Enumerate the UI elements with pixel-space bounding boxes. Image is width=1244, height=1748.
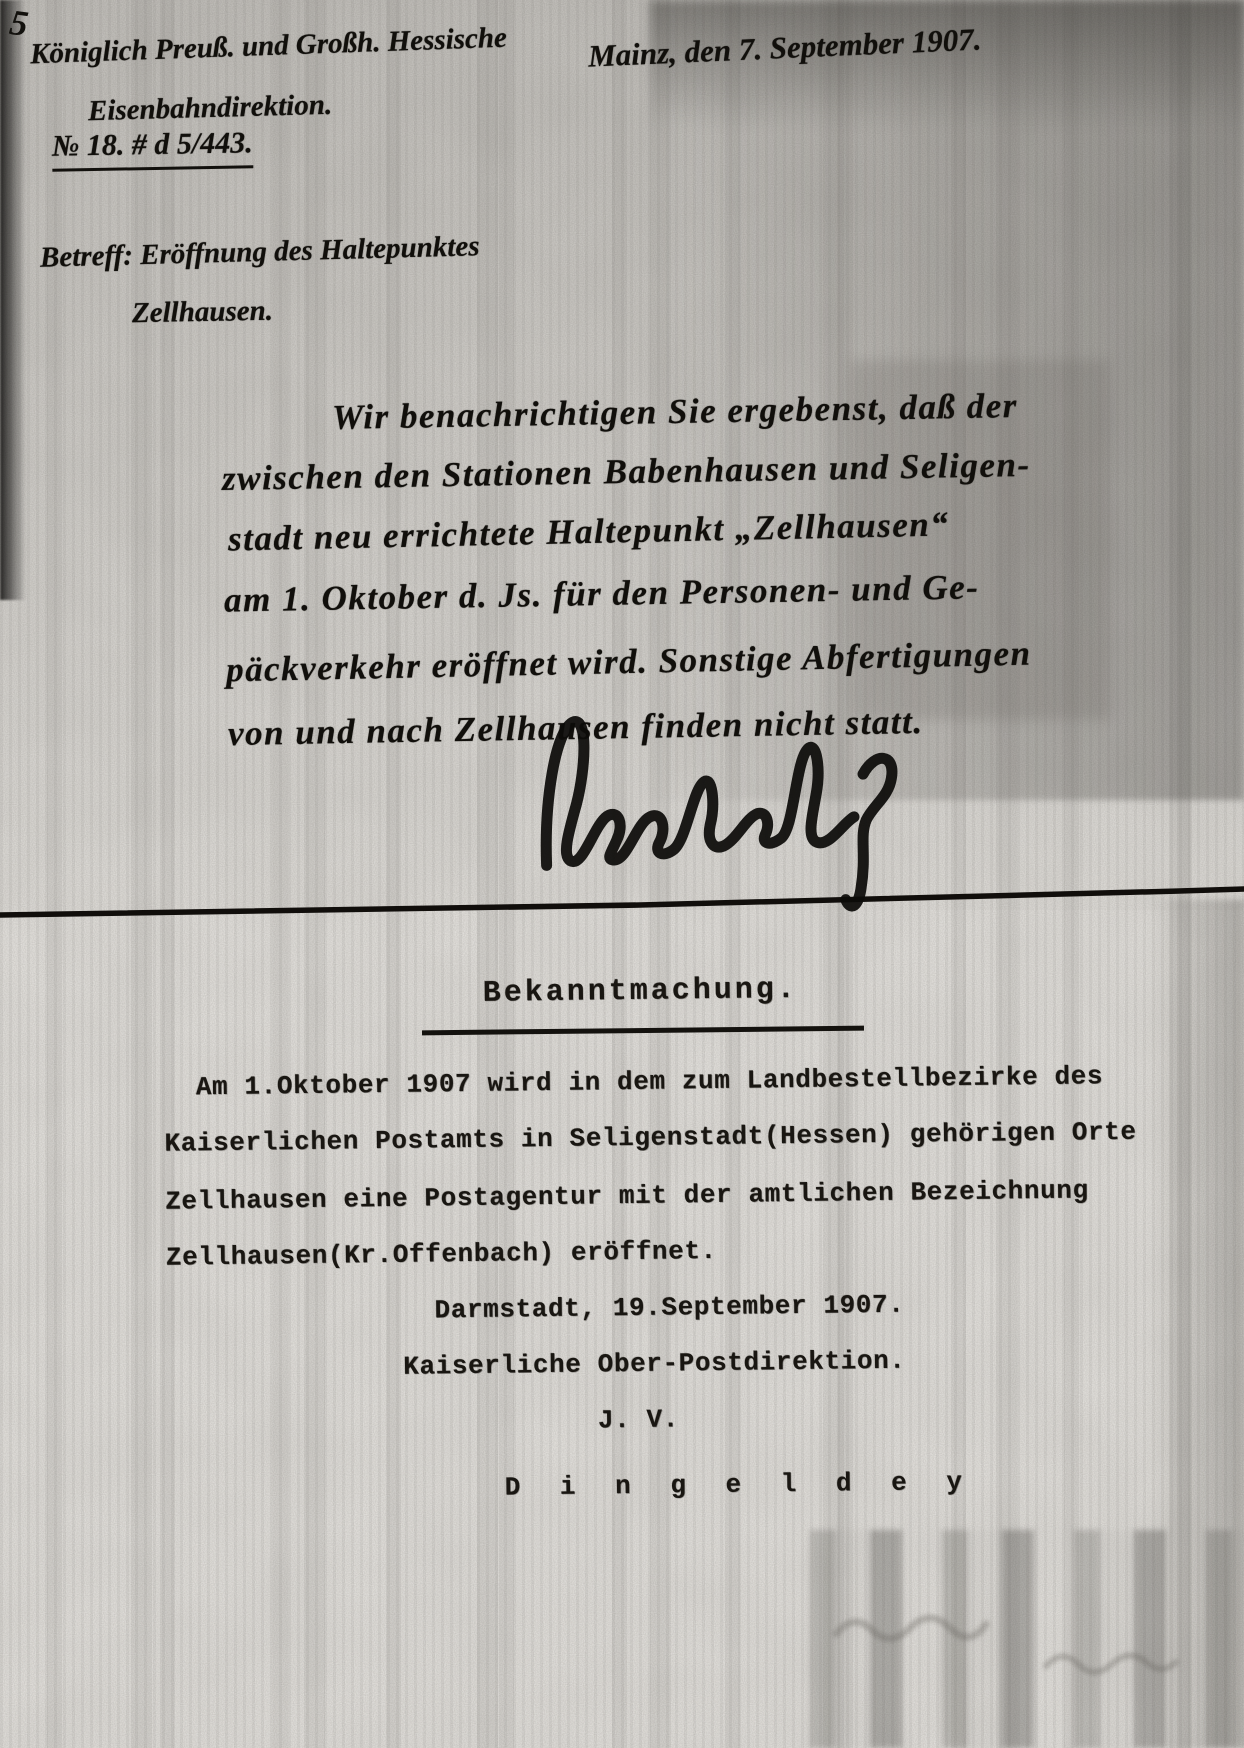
- signatory-name: D i n g e l d e y: [505, 1467, 975, 1503]
- announcement-line: Am 1.Oktober 1907 wird in dem zum Landbe…: [196, 1061, 1104, 1102]
- per-pro-line: J. V.: [598, 1404, 679, 1435]
- announcement-line: Kaiserlichen Postamts in Seligenstadt(He…: [164, 1117, 1136, 1159]
- announcement-line: Zellhausen eine Postagentur mit der amtl…: [165, 1175, 1089, 1216]
- announcement-date-line: Darmstadt, 19.September 1907.: [434, 1290, 904, 1326]
- announcement-heading: Bekanntmachung.: [483, 973, 798, 1011]
- authority-line: Kaiserliche Ober-Postdirektion.: [403, 1346, 906, 1382]
- announcement-line: Zellhausen(Kr.Offenbach) eröffnet.: [166, 1236, 717, 1273]
- scanned-letter-page: 5 Königlich Preuß. und Großh. Hessische …: [0, 0, 1244, 1748]
- announcement-section: Bekanntmachung. Am 1.Oktober 1907 wird i…: [0, 0, 1244, 1748]
